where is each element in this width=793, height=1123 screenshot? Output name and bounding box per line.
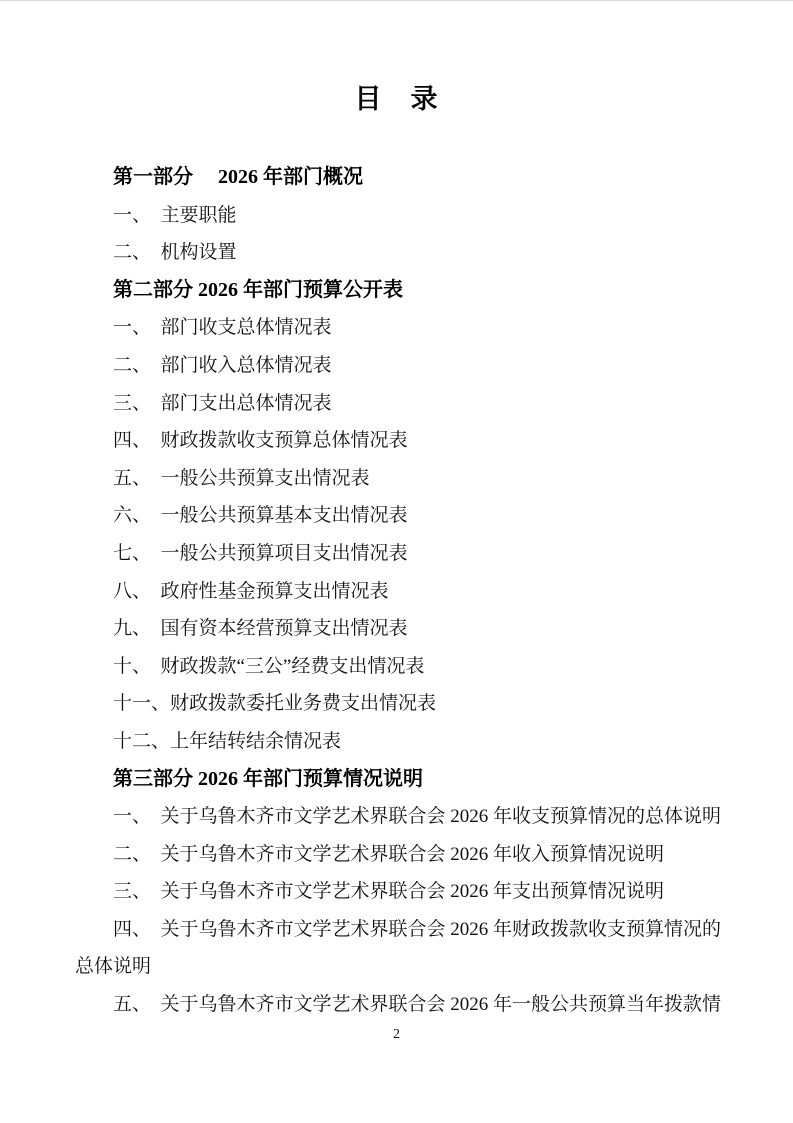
toc-item: 八、 政府性基金预算支出情况表 xyxy=(75,573,723,611)
table-of-contents: 第一部分 2026 年部门概况 一、 主要职能 二、 机构设置 第二部分 202… xyxy=(75,159,723,1024)
toc-item: 一、 主要职能 xyxy=(75,197,723,235)
toc-item: 十一、财政拨款委托业务费支出情况表 xyxy=(75,685,723,723)
toc-item: 三、 关于乌鲁木齐市文学艺术界联合会 2026 年支出预算情况说明 xyxy=(75,873,723,911)
toc-item: 十、 财政拨款“三公”经费支出情况表 xyxy=(75,648,723,686)
toc-item: 三、 部门支出总体情况表 xyxy=(75,385,723,423)
toc-section-3-heading: 第三部分 2026 年部门预算情况说明 xyxy=(75,761,723,799)
toc-item: 九、 国有资本经营预算支出情况表 xyxy=(75,610,723,648)
toc-section-1-heading: 第一部分 2026 年部门概况 xyxy=(75,159,723,197)
toc-item: 四、 关于乌鲁木齐市文学艺术界联合会 2026 年财政拨款收支预算情况的 xyxy=(75,911,723,949)
toc-item: 十二、上年结转结余情况表 xyxy=(75,723,723,761)
toc-item: 四、 财政拨款收支预算总体情况表 xyxy=(75,422,723,460)
toc-item: 二、 关于乌鲁木齐市文学艺术界联合会 2026 年收入预算情况说明 xyxy=(75,836,723,874)
toc-item: 六、 一般公共预算基本支出情况表 xyxy=(75,497,723,535)
page-number: 2 xyxy=(0,1025,793,1045)
toc-item: 五、 关于乌鲁木齐市文学艺术界联合会 2026 年一般公共预算当年拨款情 xyxy=(75,986,723,1024)
toc-item: 二、 机构设置 xyxy=(75,234,723,272)
page-title: 目 录 xyxy=(0,1,793,115)
toc-section-2-heading: 第二部分 2026 年部门预算公开表 xyxy=(75,272,723,310)
toc-item: 一、 关于乌鲁木齐市文学艺术界联合会 2026 年收支预算情况的总体说明 xyxy=(75,798,723,836)
toc-item: 一、 部门收支总体情况表 xyxy=(75,309,723,347)
toc-item: 二、 部门收入总体情况表 xyxy=(75,347,723,385)
document-page: 目 录 第一部分 2026 年部门概况 一、 主要职能 二、 机构设置 第二部分… xyxy=(0,0,793,1123)
toc-item: 七、 一般公共预算项目支出情况表 xyxy=(75,535,723,573)
toc-item: 五、 一般公共预算支出情况表 xyxy=(75,460,723,498)
toc-item-continuation: 总体说明 xyxy=(75,948,723,986)
